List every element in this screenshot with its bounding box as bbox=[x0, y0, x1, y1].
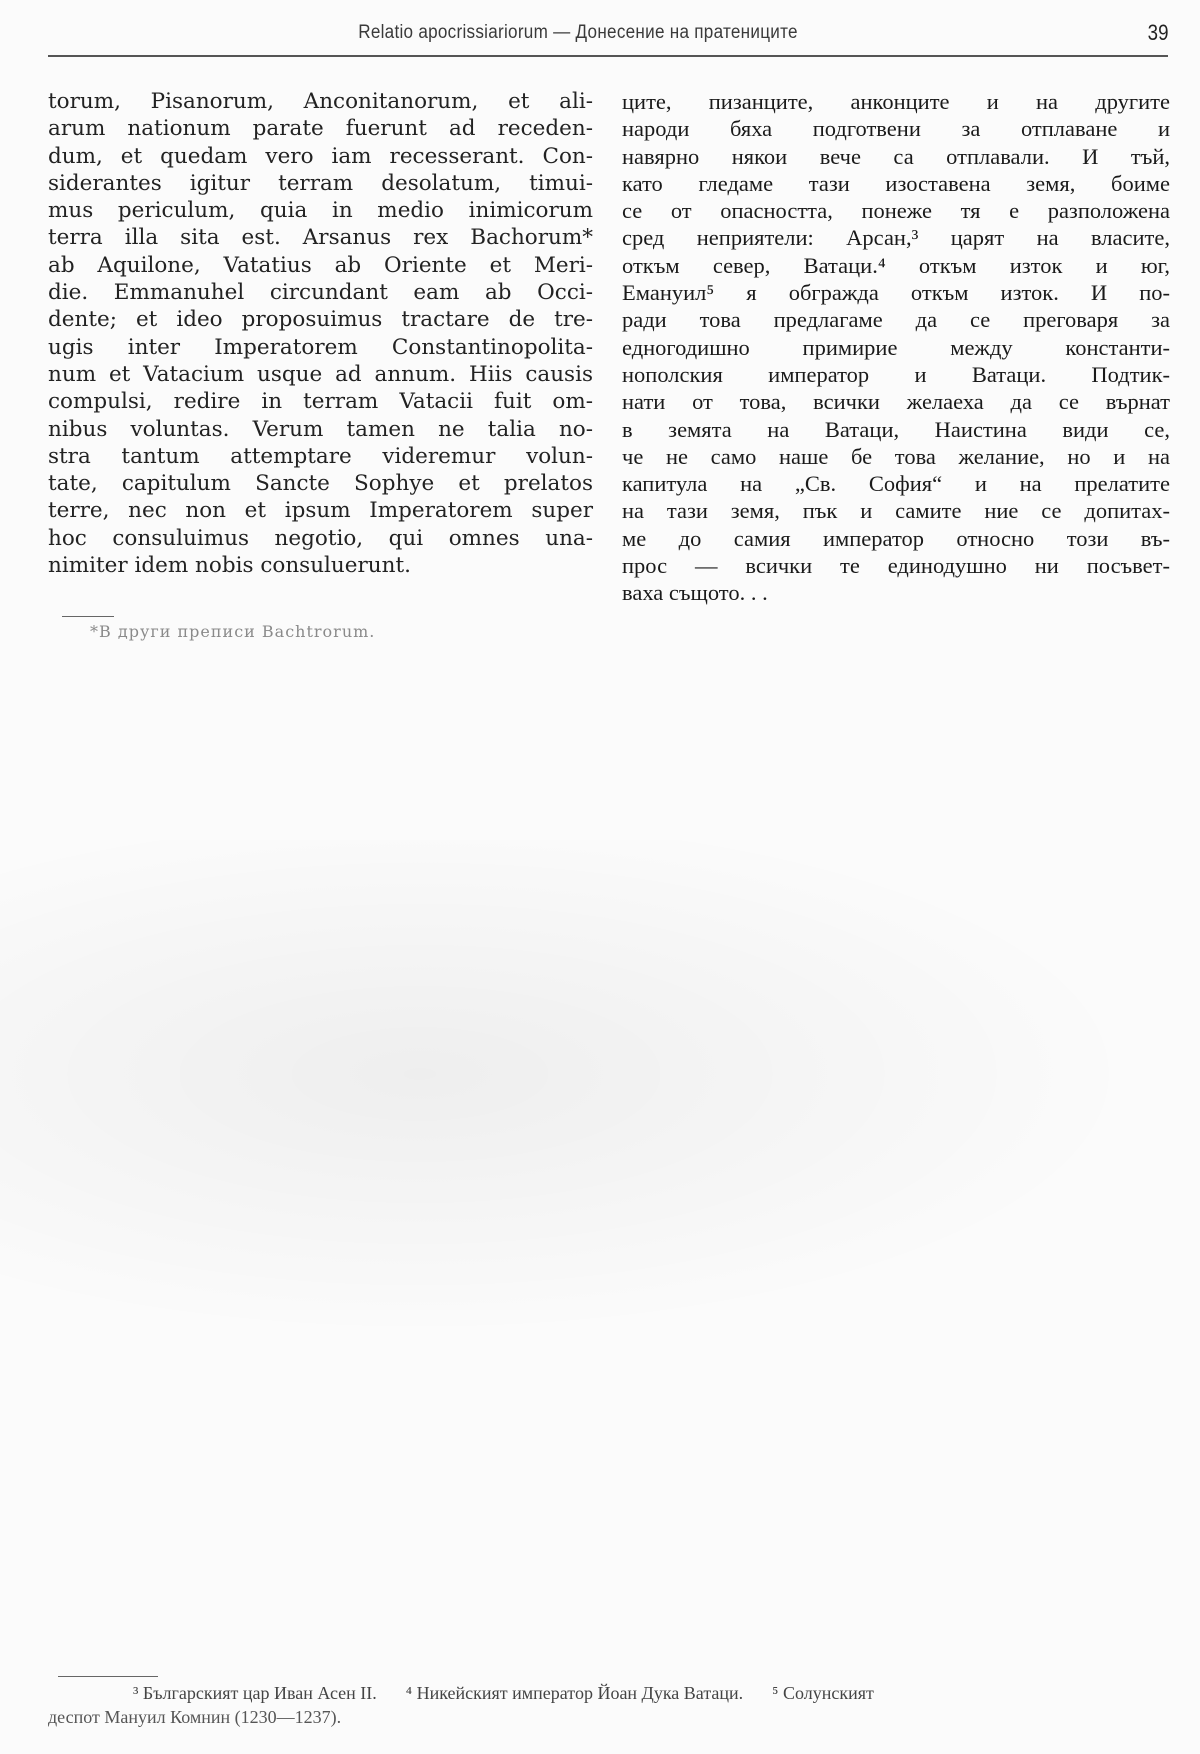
bulgarian-line: навярно някои вече са отплавали. И тъй, bbox=[622, 143, 1170, 170]
latin-column: torum, Pisanorum, Anconitanorum, et ali-… bbox=[48, 88, 593, 579]
latin-line: dente; et ideo proposuimus tractare de t… bbox=[48, 306, 593, 333]
latin-line: terra illa sita est. Arsanus rex Bachoru… bbox=[48, 224, 593, 251]
latin-line: tate, capitulum Sancte Sophye et prelato… bbox=[48, 470, 593, 497]
running-title: Relatio apocrissiariorum — Донесение на … bbox=[101, 22, 1055, 44]
footnote-3: Българският цар Иван Асен II. bbox=[143, 1683, 377, 1703]
bulgarian-line: Емануил⁵ я обгражда откъм изток. И по- bbox=[622, 279, 1170, 306]
latin-footnote: *В други преписи Bachtrorum. bbox=[90, 622, 375, 641]
footnote-5-marker: ⁵ bbox=[772, 1683, 778, 1703]
latin-line: arum nationum parate fuerunt ad receden- bbox=[48, 115, 593, 142]
bulgarian-line: ме до самия император относно този въ- bbox=[622, 525, 1170, 552]
bulgarian-line: едногодишно примирие между константи- bbox=[622, 334, 1170, 361]
bulgarian-line: народи бяха подготвени за отплаване и bbox=[622, 115, 1170, 142]
footnote-3-marker: ³ bbox=[133, 1683, 138, 1703]
page-header: Relatio apocrissiariorum — Донесение на … bbox=[48, 18, 1168, 58]
page-number: 39 bbox=[1147, 20, 1168, 46]
latin-line: dum, et quedam vero iam recesserant. Con… bbox=[48, 143, 593, 170]
bulgarian-line: ваха същото. . . bbox=[622, 579, 1170, 606]
footnote-4-marker: ⁴ bbox=[406, 1683, 412, 1703]
bulgarian-line: нати от това, всички желаеха да се върна… bbox=[622, 388, 1170, 415]
latin-line: nimiter idem nobis consuluerunt. bbox=[48, 552, 593, 579]
footnote-4: Никейският император Йоан Дука Ватаци. bbox=[417, 1683, 744, 1703]
bulgarian-line: ради това предлагаме да се преговаря за bbox=[622, 306, 1170, 333]
latin-line: nibus voluntas. Verum tamen ne talia no- bbox=[48, 416, 593, 443]
bulgarian-line: ците, пизанците, анконците и на другите bbox=[622, 88, 1170, 115]
latin-line: siderantes igitur terram desolatum, timu… bbox=[48, 170, 593, 197]
latin-line: stra tantum attemptare videremur volun- bbox=[48, 443, 593, 470]
bulgarian-line: в земята на Ватаци, Наистина види се, bbox=[622, 416, 1170, 443]
latin-line: mus periculum, quia in medio inimicorum bbox=[48, 197, 593, 224]
latin-line: compulsi, redire in terram Vatacii fuit … bbox=[48, 388, 593, 415]
footnote-5-start: Солунският bbox=[783, 1683, 874, 1703]
footnote-row: ³ Българският цар Иван Асен II. ⁴ Никейс… bbox=[48, 1681, 1178, 1705]
latin-line: die. Emmanuhel circundant eam ab Occi- bbox=[48, 279, 593, 306]
footnote-5-continued: деспот Мануил Комнин (1230—1237). bbox=[48, 1705, 1178, 1729]
bulgarian-column: ците, пизанците, анконците и на другите … bbox=[622, 88, 1170, 607]
header-rule bbox=[48, 55, 1168, 57]
latin-line: ugis inter Imperatorem Constantinopolita… bbox=[48, 334, 593, 361]
latin-line: ab Aquilone, Vatatius ab Oriente et Meri… bbox=[48, 252, 593, 279]
scan-shadow bbox=[0, 840, 1200, 1360]
latin-footnote-rule bbox=[62, 616, 114, 617]
bulgarian-line: сред неприятели: Арсан,³ царят на власит… bbox=[622, 224, 1170, 251]
bulgarian-line: прос — всички те единодушно ни посъвет- bbox=[622, 552, 1170, 579]
bulgarian-line: като гледаме тази изоставена земя, боиме bbox=[622, 170, 1170, 197]
bottom-footnote-rule bbox=[58, 1676, 158, 1677]
bulgarian-line: че не само наше бе това желание, но и на bbox=[622, 443, 1170, 470]
bulgarian-line: на тази земя, пък и самите ние се допита… bbox=[622, 497, 1170, 524]
latin-line: terre, nec non et ipsum Imperatorem supe… bbox=[48, 497, 593, 524]
bulgarian-line: се от опасността, понеже тя е разположен… bbox=[622, 197, 1170, 224]
bulgarian-line: капитула на „Св. София“ и на прелатите bbox=[622, 470, 1170, 497]
bottom-footnotes: ³ Българският цар Иван Асен II. ⁴ Никейс… bbox=[48, 1681, 1178, 1729]
latin-line: torum, Pisanorum, Anconitanorum, et ali- bbox=[48, 88, 593, 115]
bulgarian-line: нополския император и Ватаци. Подтик- bbox=[622, 361, 1170, 388]
latin-line: num et Vatacium usque ad annum. Hiis cau… bbox=[48, 361, 593, 388]
latin-line: hoc consuluimus negotio, qui omnes una- bbox=[48, 525, 593, 552]
bulgarian-line: откъм север, Ватаци.⁴ откъм изток и юг, bbox=[622, 252, 1170, 279]
